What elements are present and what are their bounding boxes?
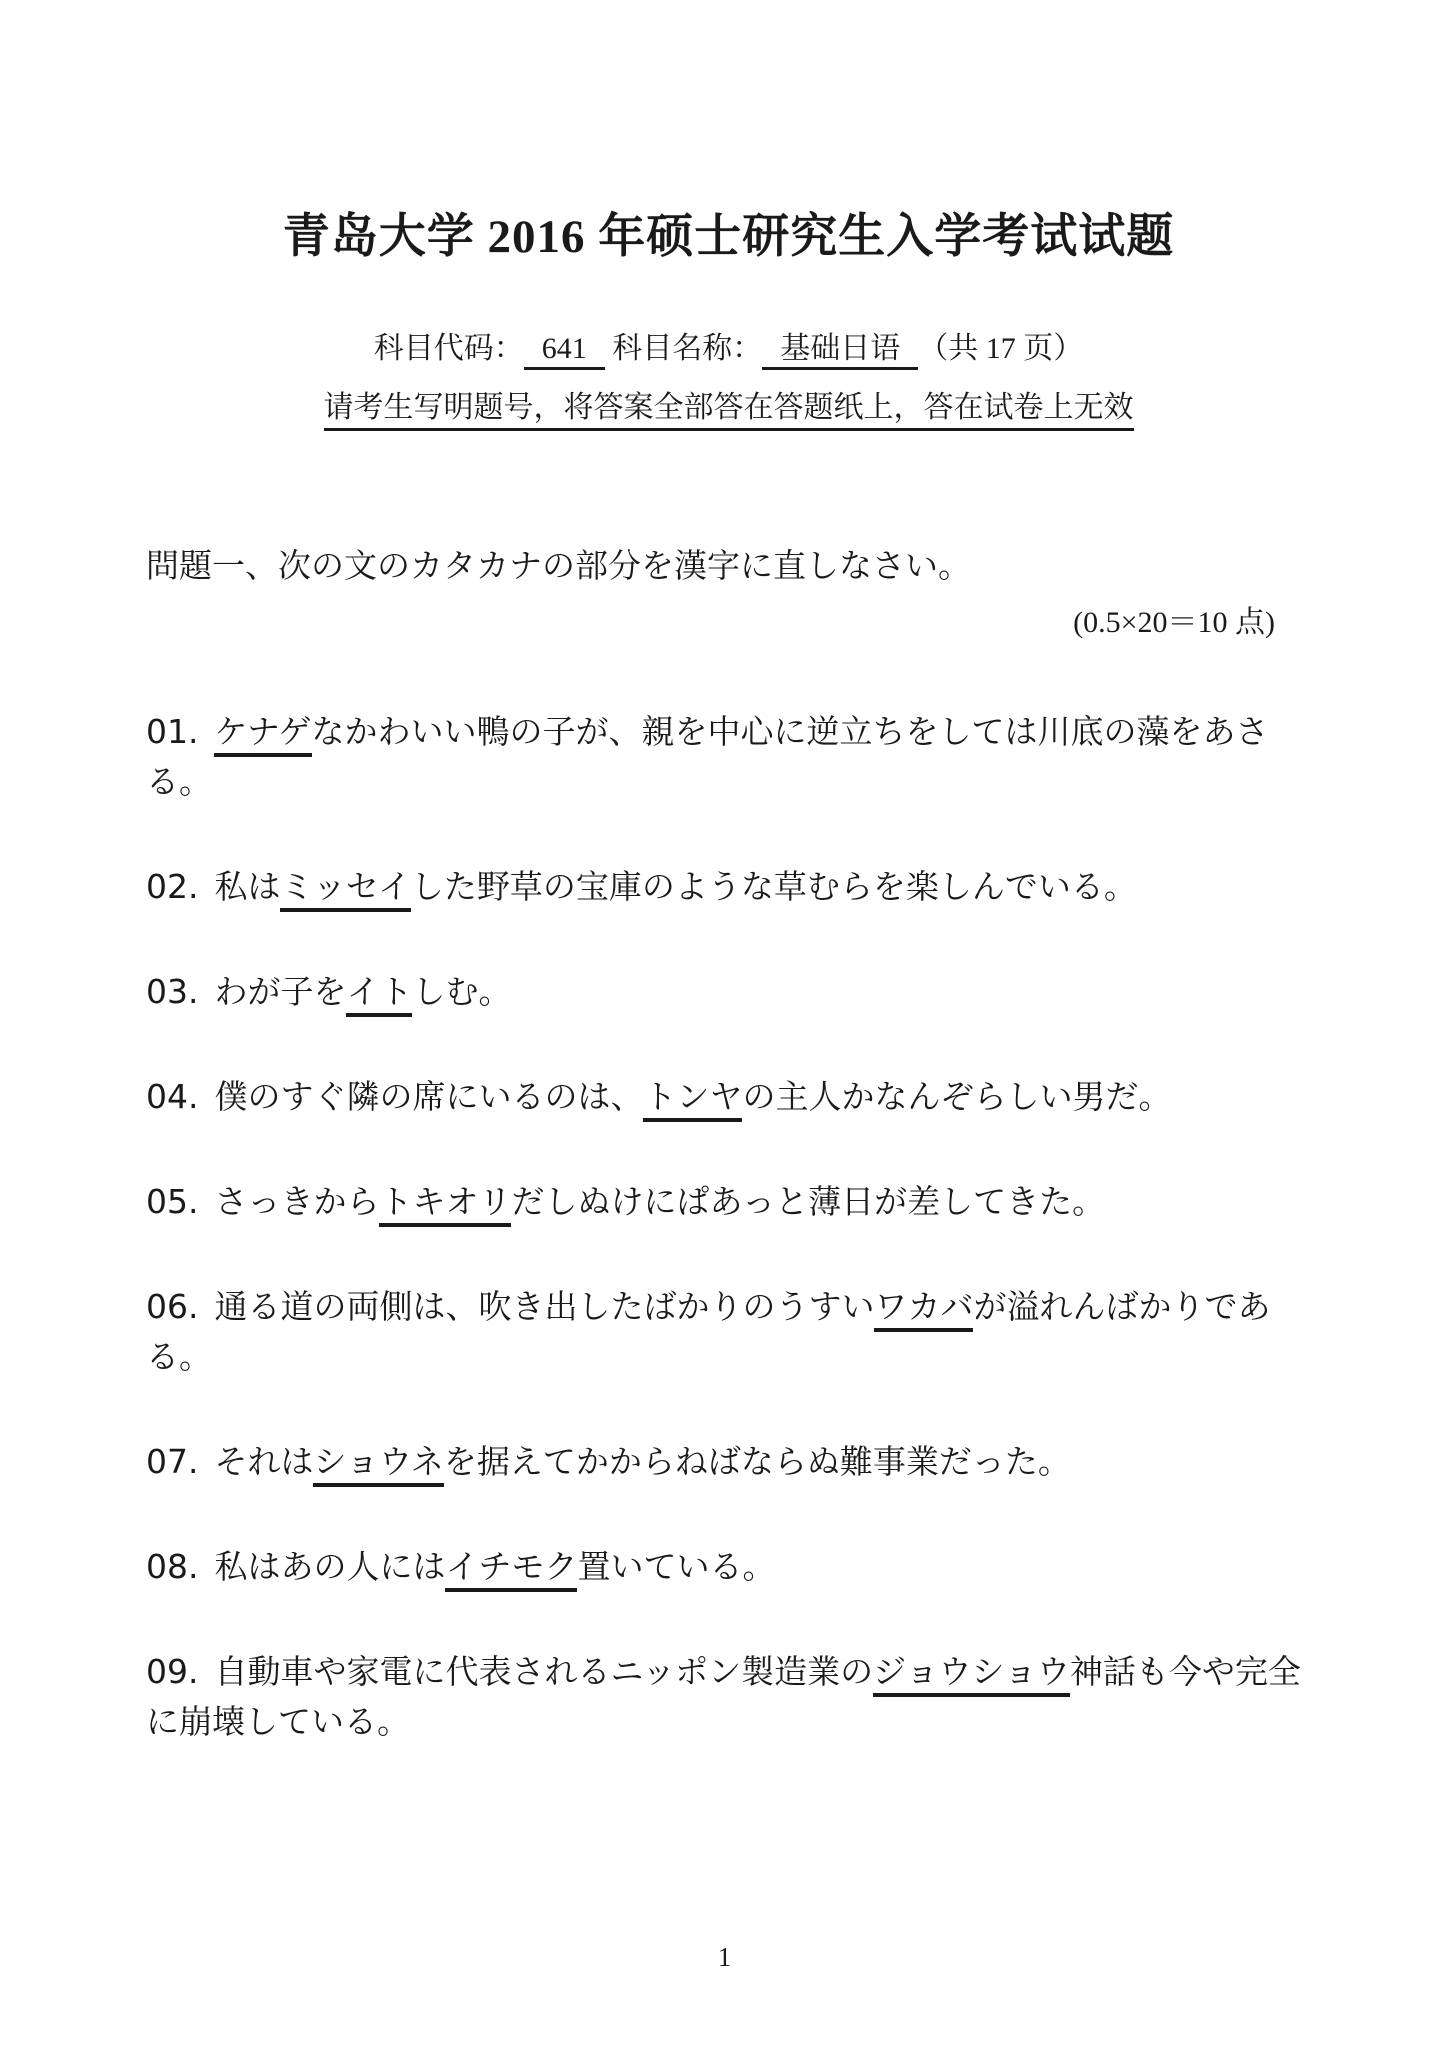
- question-number: 05.: [146, 1182, 198, 1221]
- subject-line: 科目代码：641 科目名称：基础日语（共 17 页）: [146, 325, 1311, 373]
- question-number: 07.: [146, 1442, 198, 1481]
- question-number: 01.: [146, 712, 198, 751]
- question-item: 03.わが子をイトしむ。: [146, 967, 1311, 1017]
- underlined-term: イチモク: [445, 1547, 577, 1592]
- question-number: 06.: [146, 1287, 198, 1326]
- question-segment: だしぬけにぱあっと薄日が差してきた。: [511, 1182, 1105, 1221]
- question-item: 06.通る道の両側は、吹き出したばかりのうすいワカバが溢れんばかりである。: [146, 1282, 1311, 1382]
- question-text: 通る道の両側は、吹き出したばかりのうすいワカバが溢れんばかりである。: [146, 1287, 1270, 1376]
- question-segment: 通る道の両側は、吹き出したばかりのうすい: [214, 1287, 874, 1326]
- question-text: 自動車や家電に代表されるニッポン製造業のジョウショウ神話も今や完全に崩壊している…: [146, 1652, 1301, 1741]
- question-number: 08.: [146, 1547, 198, 1586]
- question-item: 01.ケナゲなかわいい鴨の子が、親を中心に逆立ちをしては川底の藻をあさる。: [146, 707, 1311, 807]
- question-item: 05.さっきからトキオリだしぬけにぱあっと薄日が差してきた。: [146, 1177, 1311, 1227]
- subject-name-label: 科目名称：: [612, 332, 762, 365]
- underlined-term: ショウネ: [313, 1442, 443, 1487]
- question-text: 私はミッセイした野草の宝庫のような草むらを楽しんでいる。: [214, 867, 1136, 912]
- subject-code-value: 641: [524, 332, 605, 370]
- underlined-term: ケナゲ: [214, 712, 311, 757]
- question-text: それはショウネを据えてかからねばならぬ難事業だった。: [214, 1442, 1070, 1487]
- pages-note: （共 17 页）: [918, 332, 1083, 365]
- question-segment: 自動車や家電に代表されるニッポン製造業の: [214, 1652, 873, 1691]
- question-item: 07.それはショウネを据えてかからねばならぬ難事業だった。: [146, 1437, 1311, 1487]
- question-text: 僕のすぐ隣の席にいるのは、トンヤの主人かなんぞらしい男だ。: [214, 1077, 1171, 1122]
- question-segment: 僕のすぐ隣の席にいるのは、: [214, 1077, 643, 1116]
- exam-title: 青岛大学 2016 年硕士研究生入学考试试题: [146, 0, 1311, 267]
- question-segment: なかわいい鴨の子が、親を中心に逆立ちをしては川底の藻をあさる。: [146, 712, 1269, 801]
- question-segment: 私はあの人には: [214, 1547, 445, 1586]
- question-segment: 置いている。: [577, 1547, 775, 1586]
- question-segment: の主人かなんぞらしい男だ。: [742, 1077, 1171, 1116]
- question-segment: しむ。: [412, 972, 511, 1011]
- question-text: ケナゲなかわいい鴨の子が、親を中心に逆立ちをしては川底の藻をあさる。: [146, 712, 1269, 801]
- question-segment: 私は: [214, 867, 280, 906]
- question-number: 02.: [146, 867, 198, 906]
- question-item: 04.僕のすぐ隣の席にいるのは、トンヤの主人かなんぞらしい男だ。: [146, 1072, 1311, 1122]
- underlined-term: ワカバ: [874, 1287, 973, 1332]
- question-segment: を据えてかからねばならぬ難事業だった。: [444, 1442, 1071, 1481]
- page-number: 1: [0, 1942, 1449, 1973]
- subject-code-label: 科目代码：: [374, 332, 524, 365]
- question-segment: さっきから: [214, 1182, 379, 1221]
- underlined-term: トキオリ: [379, 1182, 511, 1227]
- underlined-term: トンヤ: [643, 1077, 742, 1122]
- question-text: さっきからトキオリだしぬけにぱあっと薄日が差してきた。: [214, 1182, 1105, 1227]
- question-item: 09.自動車や家電に代表されるニッポン製造業のジョウショウ神話も今や完全に崩壊し…: [146, 1647, 1311, 1747]
- question-number: 09.: [146, 1652, 198, 1691]
- question-number: 04.: [146, 1077, 198, 1116]
- question-item: 08.私はあの人にはイチモク置いている。: [146, 1542, 1311, 1592]
- underlined-term: ミッセイ: [280, 867, 410, 912]
- question-text: 私はあの人にはイチモク置いている。: [214, 1547, 775, 1592]
- subject-name-value: 基础日语: [762, 332, 918, 370]
- question-segment: それは: [214, 1442, 313, 1481]
- notice-line: 请考生写明题号，将答案全部答在答题纸上，答在试卷上无效: [146, 385, 1311, 430]
- section-heading: 問題一、次の文のカタカナの部分を漢字に直しなさい。: [146, 430, 1311, 590]
- question-number: 03.: [146, 972, 198, 1011]
- notice-text: 请考生写明题号，将答案全部答在答题纸上，答在试卷上无效: [324, 391, 1134, 431]
- underlined-term: ジョウショウ: [873, 1652, 1070, 1697]
- underlined-term: イト: [346, 972, 412, 1017]
- question-segment: わが子を: [214, 972, 346, 1011]
- question-text: わが子をイトしむ。: [214, 972, 511, 1017]
- exam-page: 青岛大学 2016 年硕士研究生入学考试试题 科目代码：641 科目名称：基础日…: [0, 0, 1449, 2048]
- question-list: 01.ケナゲなかわいい鴨の子が、親を中心に逆立ちをしては川底の藻をあさる。 02…: [146, 707, 1311, 1747]
- question-item: 02.私はミッセイした野草の宝庫のような草むらを楽しんでいる。: [146, 862, 1311, 912]
- section-points: (0.5×20＝10 点): [146, 600, 1311, 645]
- page-content: 青岛大学 2016 年硕士研究生入学考试试题 科目代码：641 科目名称：基础日…: [0, 0, 1449, 1747]
- question-segment: した野草の宝庫のような草むらを楽しんでいる。: [411, 867, 1137, 906]
